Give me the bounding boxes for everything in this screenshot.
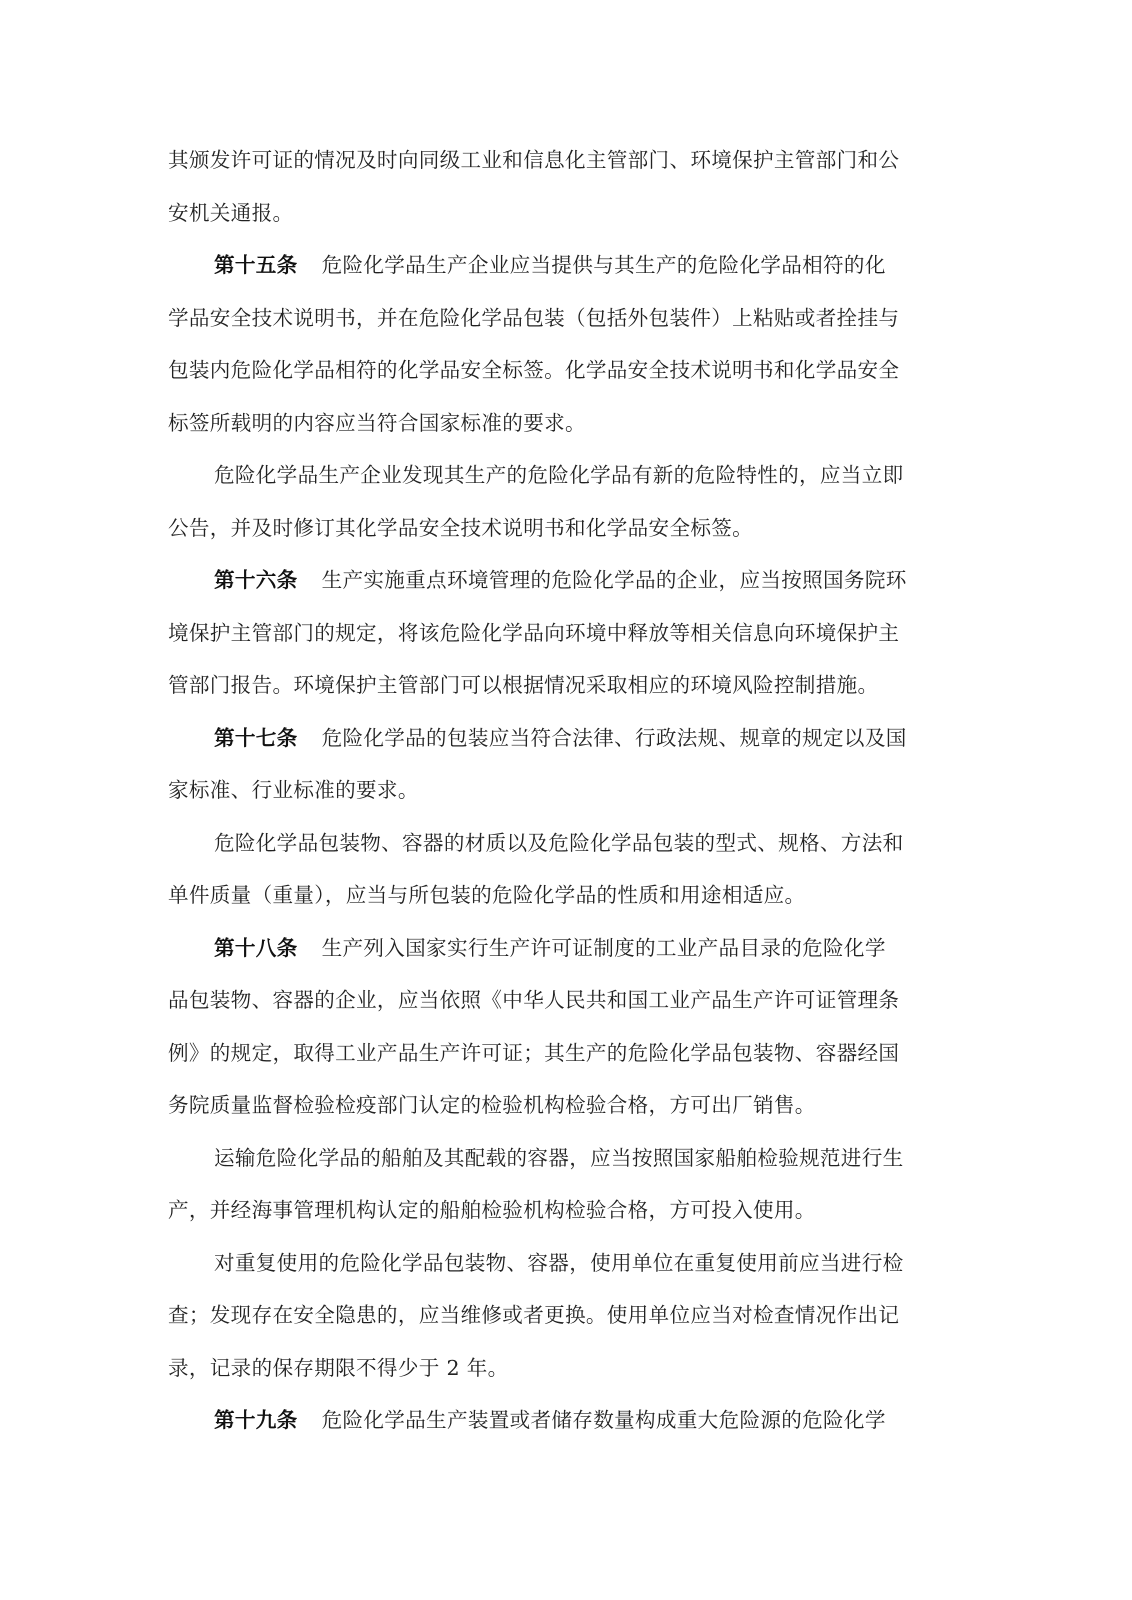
text-line: 产，并经海事管理机构认定的船舶检验机构检验合格，方可投入使用。 xyxy=(168,1192,816,1228)
paragraph-text: 危险化学品的包装应当符合法律、行政法规、规章的规定以及国 xyxy=(322,726,907,750)
paragraph-text: 产，并经海事管理机构认定的船舶检验机构检验合格，方可投入使用。 xyxy=(168,1198,816,1222)
article-18-heading-line: 第十八条生产列入国家实行生产许可证制度的工业产品目录的危险化学 xyxy=(214,930,886,966)
text-line: 包装内危险化学品相符的化学品安全标签。化学品安全技术说明书和化学品安全 xyxy=(168,352,899,388)
text-line: 对重复使用的危险化学品包装物、容器，使用单位在重复使用前应当进行检 xyxy=(214,1245,904,1281)
paragraph-text: 境保护主管部门的规定，将该危险化学品向环境中释放等相关信息向环境保护主 xyxy=(168,621,899,645)
paragraph-text: 对重复使用的危险化学品包装物、容器，使用单位在重复使用前应当进行检 xyxy=(214,1251,904,1275)
text-line: 公告，并及时修订其化学品安全技术说明书和化学品安全标签。 xyxy=(168,510,753,546)
article-16-heading-line: 第十六条生产实施重点环境管理的危险化学品的企业，应当按照国务院环 xyxy=(214,562,907,598)
paragraph-text: 危险化学品生产企业发现其生产的危险化学品有新的危险特性的，应当立即 xyxy=(214,463,904,487)
article-number: 第十六条 xyxy=(214,568,298,592)
article-15-heading-line: 第十五条危险化学品生产企业应当提供与其生产的危险化学品相符的化 xyxy=(214,247,886,283)
paragraph-text: 生产实施重点环境管理的危险化学品的企业，应当按照国务院环 xyxy=(322,568,907,592)
paragraph-text: 公告，并及时修订其化学品安全技术说明书和化学品安全标签。 xyxy=(168,516,753,540)
paragraph-text: 单件质量（重量），应当与所包装的危险化学品的性质和用途相适应。 xyxy=(168,883,805,907)
article-17-heading-line: 第十七条危险化学品的包装应当符合法律、行政法规、规章的规定以及国 xyxy=(214,720,907,756)
text-line: 品包装物、容器的企业，应当依照《中华人民共和国工业产品生产许可证管理条 xyxy=(168,982,899,1018)
paragraph-text: 例》的规定，取得工业产品生产许可证；其生产的危险化学品包装物、容器经国 xyxy=(168,1041,899,1065)
article-19-heading-line: 第十九条危险化学品生产装置或者储存数量构成重大危险源的危险化学 xyxy=(214,1402,886,1438)
paragraph-text: 查；发现存在安全隐患的，应当维修或者更换。使用单位应当对检查情况作出记 xyxy=(168,1303,899,1327)
paragraph-text: 品包装物、容器的企业，应当依照《中华人民共和国工业产品生产许可证管理条 xyxy=(168,988,899,1012)
paragraph-text: 危险化学品包装物、容器的材质以及危险化学品包装的型式、规格、方法和 xyxy=(214,831,904,855)
article-number: 第十九条 xyxy=(214,1408,298,1432)
paragraph-text: 务院质量监督检验检疫部门认定的检验机构检验合格，方可出厂销售。 xyxy=(168,1093,816,1117)
text-line: 标签所载明的内容应当符合国家标准的要求。 xyxy=(168,405,586,441)
paragraph-text: 学品安全技术说明书，并在危险化学品包装（包括外包装件）上粘贴或者拴挂与 xyxy=(168,306,899,330)
paragraph-text: 录，记录的保存期限不得少于 2 年。 xyxy=(168,1356,509,1380)
paragraph-text: 其颁发许可证的情况及时向同级工业和信息化主管部门、环境保护主管部门和公 xyxy=(168,148,899,172)
text-line: 务院质量监督检验检疫部门认定的检验机构检验合格，方可出厂销售。 xyxy=(168,1087,816,1123)
paragraph-text: 管部门报告。环境保护主管部门可以根据情况采取相应的环境风险控制措施。 xyxy=(168,673,878,697)
text-line: 录，记录的保存期限不得少于 2 年。 xyxy=(168,1350,509,1386)
article-number: 第十七条 xyxy=(214,726,298,750)
text-line: 危险化学品生产企业发现其生产的危险化学品有新的危险特性的，应当立即 xyxy=(214,457,904,493)
text-line: 单件质量（重量），应当与所包装的危险化学品的性质和用途相适应。 xyxy=(168,877,805,913)
paragraph-text: 运输危险化学品的船舶及其配载的容器，应当按照国家船舶检验规范进行生 xyxy=(214,1146,904,1170)
text-line: 查；发现存在安全隐患的，应当维修或者更换。使用单位应当对检查情况作出记 xyxy=(168,1297,899,1333)
text-line: 家标准、行业标准的要求。 xyxy=(168,772,419,808)
paragraph-text: 包装内危险化学品相符的化学品安全标签。化学品安全技术说明书和化学品安全 xyxy=(168,358,899,382)
text-line: 学品安全技术说明书，并在危险化学品包装（包括外包装件）上粘贴或者拴挂与 xyxy=(168,300,899,336)
text-line: 运输危险化学品的船舶及其配载的容器，应当按照国家船舶检验规范进行生 xyxy=(214,1140,904,1176)
paragraph-text: 标签所载明的内容应当符合国家标准的要求。 xyxy=(168,411,586,435)
text-line: 危险化学品包装物、容器的材质以及危险化学品包装的型式、规格、方法和 xyxy=(214,825,904,861)
paragraph-text: 生产列入国家实行生产许可证制度的工业产品目录的危险化学 xyxy=(322,936,886,960)
text-line: 管部门报告。环境保护主管部门可以根据情况采取相应的环境风险控制措施。 xyxy=(168,667,878,703)
text-line: 安机关通报。 xyxy=(168,195,293,231)
text-line: 其颁发许可证的情况及时向同级工业和信息化主管部门、环境保护主管部门和公 xyxy=(168,142,899,178)
paragraph-text: 家标准、行业标准的要求。 xyxy=(168,778,419,802)
article-number: 第十五条 xyxy=(214,253,298,277)
paragraph-text: 危险化学品生产装置或者储存数量构成重大危险源的危险化学 xyxy=(322,1408,886,1432)
paragraph-text: 危险化学品生产企业应当提供与其生产的危险化学品相符的化 xyxy=(322,253,886,277)
article-number: 第十八条 xyxy=(214,936,298,960)
paragraph-text: 安机关通报。 xyxy=(168,201,293,225)
text-line: 境保护主管部门的规定，将该危险化学品向环境中释放等相关信息向环境保护主 xyxy=(168,615,899,651)
text-line: 例》的规定，取得工业产品生产许可证；其生产的危险化学品包装物、容器经国 xyxy=(168,1035,899,1071)
